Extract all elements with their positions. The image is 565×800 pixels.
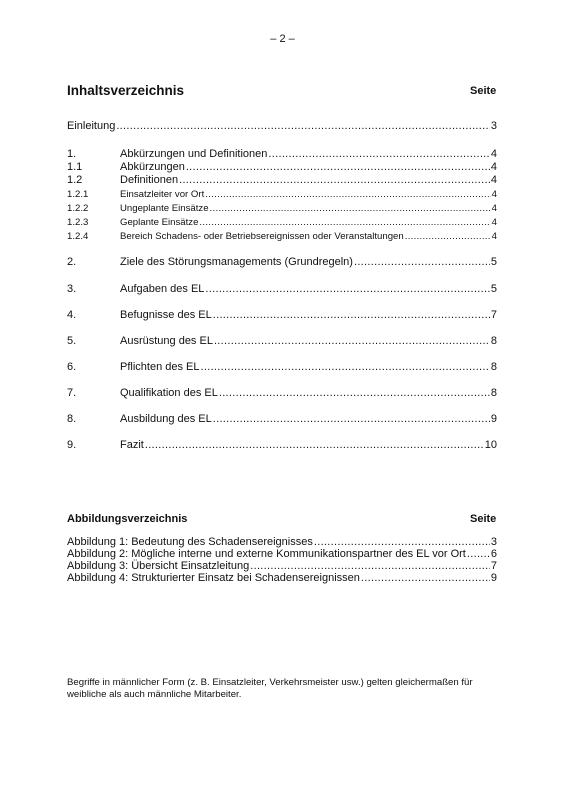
figures-heading: Abbildungsverzeichnis bbox=[67, 513, 187, 525]
toc-entry-number: 1.2.4 bbox=[67, 230, 120, 243]
toc-entry-number: 4. bbox=[67, 309, 120, 322]
toc-entry-title: Befugnisse des EL bbox=[120, 309, 212, 322]
figure-entry[interactable]: Abbildung 3: Übersicht Einsatzleitung7 bbox=[67, 560, 497, 572]
toc-entry-title: Definitionen bbox=[120, 174, 178, 187]
toc-entry[interactable]: 1.2.1Einsatzleiter vor Ort4 bbox=[67, 188, 497, 201]
dot-leader bbox=[405, 230, 491, 243]
dot-leader bbox=[268, 148, 489, 161]
dot-leader bbox=[213, 413, 490, 426]
figure-entry-page: 7 bbox=[491, 560, 497, 572]
dot-leader bbox=[201, 361, 490, 374]
toc-entry-page: 3 bbox=[491, 120, 497, 133]
dot-leader bbox=[205, 188, 490, 201]
toc-entry[interactable]: 1.2.4Bereich Schadens- oder Betriebserei… bbox=[67, 230, 497, 243]
figure-entry[interactable]: Abbildung 1: Bedeutung des Schadensereig… bbox=[67, 536, 497, 548]
page-number: – 2 – bbox=[0, 33, 565, 45]
toc-entry-number: 5. bbox=[67, 335, 120, 348]
toc-entry-page: 5 bbox=[491, 256, 497, 269]
toc-entry-number: 1.2.2 bbox=[67, 202, 120, 215]
figure-entry-title: Abbildung 4: Strukturierter Einsatz bei … bbox=[67, 572, 360, 584]
toc-entry[interactable]: 1.2.3Geplante Einsätze4 bbox=[67, 216, 497, 229]
toc-entry-title: Fazit bbox=[120, 439, 144, 452]
toc-entry[interactable]: 2.Ziele des Störungsmanagements (Grundre… bbox=[67, 256, 497, 269]
toc-entry-title: Abkürzungen und Definitionen bbox=[120, 148, 267, 161]
dot-leader bbox=[210, 202, 491, 215]
toc-entry-page: 5 bbox=[491, 283, 497, 296]
dot-leader bbox=[179, 174, 490, 187]
toc-entry-title: Ungeplante Einsätze bbox=[120, 202, 209, 215]
toc-entry-page: 4 bbox=[492, 216, 497, 229]
toc-entry-page: 8 bbox=[491, 387, 497, 400]
toc-entry-title: Bereich Schadens- oder Betriebsereigniss… bbox=[120, 230, 404, 243]
toc-entry[interactable]: 1.2Definitionen4 bbox=[67, 174, 497, 187]
toc-entry[interactable]: 4.Befugnisse des EL7 bbox=[67, 309, 497, 322]
toc-entry-page: 10 bbox=[485, 439, 497, 452]
toc-entry-number: 1.2.1 bbox=[67, 188, 120, 201]
toc-entry-title: Einsatzleiter vor Ort bbox=[120, 188, 204, 201]
dot-leader bbox=[213, 309, 490, 322]
toc-entry-title: Qualifikation des EL bbox=[120, 387, 218, 400]
gender-note: Begriffe in männlicher Form (z. B. Einsa… bbox=[67, 677, 507, 701]
toc-heading: Inhaltsverzeichnis bbox=[67, 83, 184, 98]
toc-entry[interactable]: 7.Qualifikation des EL8 bbox=[67, 387, 497, 400]
dot-leader bbox=[214, 335, 490, 348]
dot-leader bbox=[361, 572, 490, 584]
figure-entry-page: 9 bbox=[491, 572, 497, 584]
toc-entry-number: 1.1 bbox=[67, 161, 120, 174]
toc-entry-title: Abkürzungen bbox=[120, 161, 185, 174]
toc-entry-title: Ausrüstung des EL bbox=[120, 335, 213, 348]
toc-page-column-label: Seite bbox=[470, 85, 496, 97]
dot-leader bbox=[205, 283, 489, 296]
toc-entry-number: 7. bbox=[67, 387, 120, 400]
figure-entry-title: Abbildung 3: Übersicht Einsatzleitung bbox=[67, 560, 249, 572]
toc-entry[interactable]: 1.2.2Ungeplante Einsätze4 bbox=[67, 202, 497, 215]
dot-leader bbox=[199, 216, 490, 229]
figure-entry[interactable]: Abbildung 4: Strukturierter Einsatz bei … bbox=[67, 572, 497, 584]
toc-entry[interactable]: 5.Ausrüstung des EL8 bbox=[67, 335, 497, 348]
toc-entry-title: Ausbildung des EL bbox=[120, 413, 212, 426]
toc-entry-page: 7 bbox=[491, 309, 497, 322]
toc-entry-number: 1.2.3 bbox=[67, 216, 120, 229]
dot-leader bbox=[354, 256, 490, 269]
toc-entry[interactable]: 1.1Abkürzungen4 bbox=[67, 161, 497, 174]
toc-entry-page: 4 bbox=[492, 188, 497, 201]
dot-leader bbox=[250, 560, 490, 572]
dot-leader bbox=[186, 161, 490, 174]
toc-entry[interactable]: 3.Aufgaben des EL5 bbox=[67, 283, 497, 296]
toc-entry-number: 3. bbox=[67, 283, 120, 296]
toc-entry-title: Pflichten des EL bbox=[120, 361, 200, 374]
toc-entry-page: 4 bbox=[491, 174, 497, 187]
toc-entry-page: 9 bbox=[491, 413, 497, 426]
toc-entry-number: 8. bbox=[67, 413, 120, 426]
toc-entry-number: 1.2 bbox=[67, 174, 120, 187]
dot-leader bbox=[145, 439, 484, 452]
figure-entry-title: Abbildung 2: Mögliche interne und extern… bbox=[67, 548, 466, 560]
toc-entry-title: Aufgaben des EL bbox=[120, 283, 204, 296]
toc-entry[interactable]: 6.Pflichten des EL8 bbox=[67, 361, 497, 374]
dot-leader bbox=[219, 387, 490, 400]
dot-leader bbox=[314, 536, 490, 548]
toc-entry-title: Ziele des Störungsmanagements (Grundrege… bbox=[120, 256, 353, 269]
toc-entry-title: Einleitung bbox=[67, 120, 115, 133]
toc-entry-page: 8 bbox=[491, 361, 497, 374]
toc-entry-number: 1. bbox=[67, 148, 120, 161]
toc-entry-page: 8 bbox=[491, 335, 497, 348]
toc-entry[interactable]: Einleitung3 bbox=[67, 120, 497, 133]
toc-entry[interactable]: 9.Fazit10 bbox=[67, 439, 497, 452]
toc-entry[interactable]: 8.Ausbildung des EL9 bbox=[67, 413, 497, 426]
toc-entry[interactable]: 1.Abkürzungen und Definitionen4 bbox=[67, 148, 497, 161]
toc-entry-number: 2. bbox=[67, 256, 120, 269]
dot-leader bbox=[467, 548, 490, 560]
toc-entry-page: 4 bbox=[492, 202, 497, 215]
figure-entry[interactable]: Abbildung 2: Mögliche interne und extern… bbox=[67, 548, 497, 560]
dot-leader bbox=[116, 120, 490, 133]
toc-entry-number: 6. bbox=[67, 361, 120, 374]
toc-entry-page: 4 bbox=[492, 230, 497, 243]
toc-entry-page: 4 bbox=[491, 148, 497, 161]
figure-entry-page: 3 bbox=[491, 536, 497, 548]
toc-entry-page: 4 bbox=[491, 161, 497, 174]
figure-entry-page: 6 bbox=[491, 548, 497, 560]
toc-entry-number: 9. bbox=[67, 439, 120, 452]
figure-entry-title: Abbildung 1: Bedeutung des Schadensereig… bbox=[67, 536, 313, 548]
toc-entry-title: Geplante Einsätze bbox=[120, 216, 198, 229]
figures-page-column-label: Seite bbox=[470, 513, 496, 525]
